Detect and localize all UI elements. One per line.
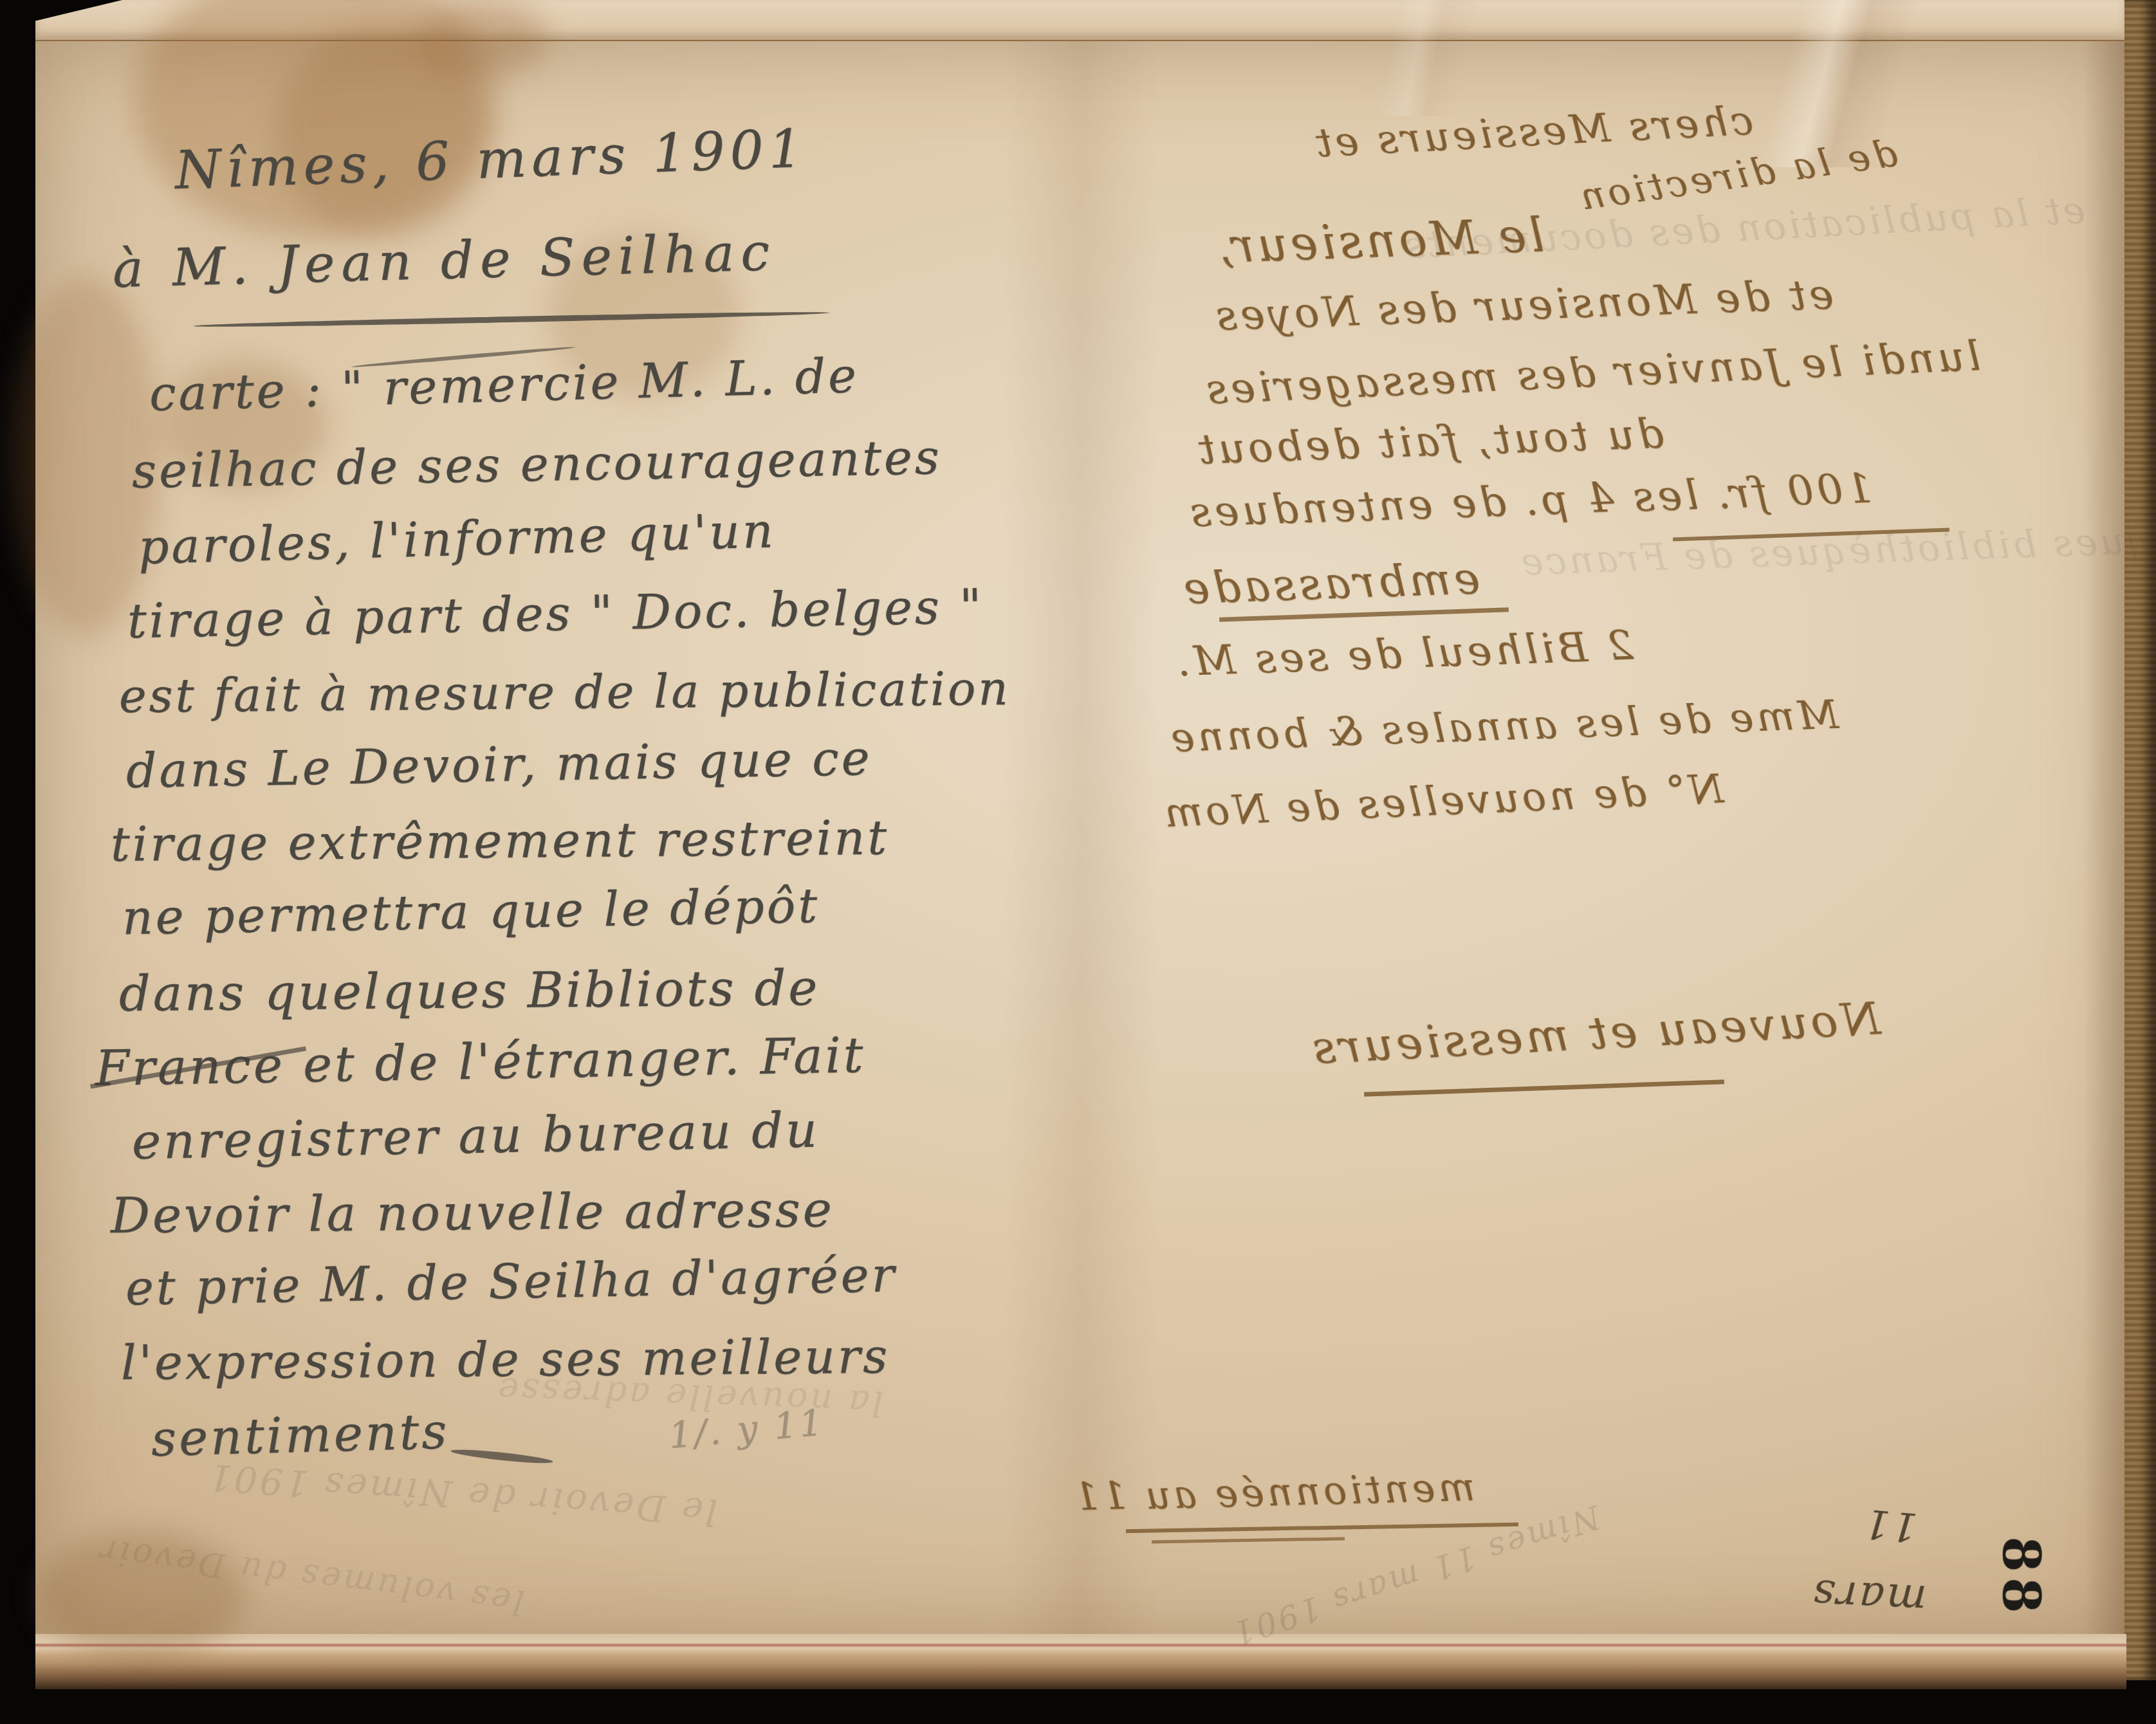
page-number-stamp: 88 xyxy=(1991,1536,2052,1618)
body-line: dans quelques Bibliots de xyxy=(119,958,820,1022)
gutter-shading xyxy=(2083,41,2124,1634)
body-line: enregistrer au bureau du xyxy=(131,1101,820,1170)
binding-cloth-edge xyxy=(2124,0,2156,1680)
corner-ink-note-bottom: mars xyxy=(1810,1570,1928,1625)
small-stain xyxy=(418,0,547,77)
body-line: Devoir la nouvelle adresse xyxy=(111,1180,834,1244)
body-line: est fait à mesure de la publication xyxy=(119,661,1011,723)
body-line: sentiments xyxy=(151,1402,450,1467)
page-fold-shading xyxy=(1004,41,1158,1634)
corner-ink-note-top: 11 xyxy=(1861,1499,1919,1551)
page-stack-fore-edge xyxy=(35,1634,2126,1689)
manuscript-photo: Nîmes, 6 mars 1901 à M. Jean de Seilhac … xyxy=(0,0,2156,1724)
bleedthrough-line: embrassade xyxy=(1180,553,1481,614)
body-line: tirage extrêmement restreint xyxy=(111,810,890,872)
